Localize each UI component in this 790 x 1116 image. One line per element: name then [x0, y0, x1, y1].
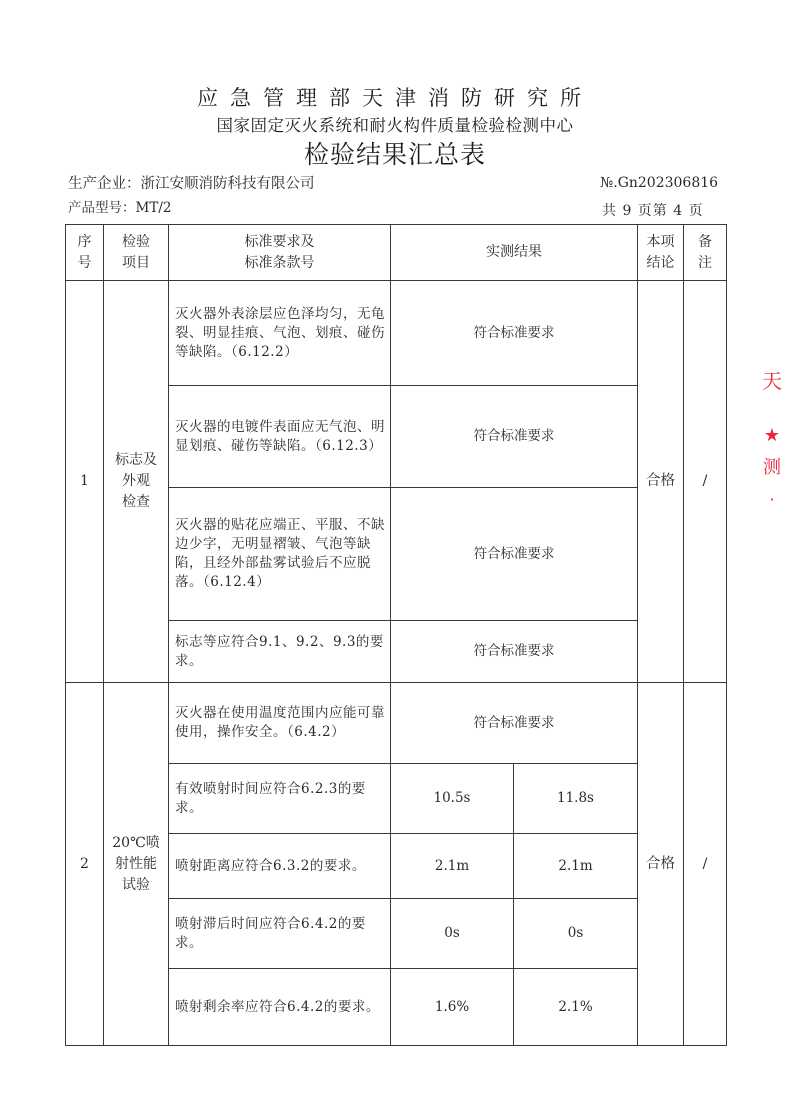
col-header-seq: 序号: [66, 225, 104, 281]
results-table: 序号 检验项目 标准要求及标准条款号 实测结果 本项结论 备注 1 标志及外观检…: [65, 224, 727, 1046]
seal-stamp-fragment: 天 ★ 测 ·: [757, 355, 787, 515]
requirement-cell: 灭火器在使用温度范围内应能可靠使用，操作安全。（6.4.2）: [169, 683, 391, 764]
manufacturer-label: 生产企业：: [68, 176, 141, 192]
result-cell-sample-1: 2.1m: [391, 834, 514, 899]
requirement-cell: 喷射剩余率应符合6.4.2的要求。: [169, 969, 391, 1046]
stamp-star-icon: ★: [757, 425, 787, 446]
item-cell: 20℃喷射性能试验: [104, 683, 169, 1046]
requirement-cell: 灭火器外表涂层应色泽均匀，无龟裂、明显挂痕、气泡、划痕、碰伤等缺陷。（6.12.…: [169, 281, 391, 386]
col-header-result: 实测结果: [391, 225, 638, 281]
model-label: 产品型号：: [68, 200, 136, 216]
note-cell: /: [684, 683, 727, 1046]
requirement-cell: 标志等应符合9.1、9.2、9.3的要求。: [169, 621, 391, 683]
center-title: 国家固定灭火系统和耐火构件质量检验检测中心: [0, 112, 790, 136]
requirement-cell: 灭火器的贴花应端正、平服、不缺边少字，无明显褶皱、气泡等缺陷，且经外部盐雾试验后…: [169, 488, 391, 621]
result-cell: 符合标准要求: [391, 488, 638, 621]
result-cell: 符合标准要求: [391, 621, 638, 683]
page-info: 共 9 页第 4 页: [602, 200, 704, 220]
table-row: 2 20℃喷射性能试验 灭火器在使用温度范围内应能可靠使用，操作安全。（6.4.…: [66, 683, 727, 764]
result-cell-sample-2: 0s: [514, 899, 638, 969]
note-cell: /: [684, 281, 727, 683]
col-header-note: 备注: [684, 225, 727, 281]
result-cell: 符合标准要求: [391, 683, 638, 764]
result-cell-sample-1: 10.5s: [391, 764, 514, 834]
table-row: 1 标志及外观检查 灭火器外表涂层应色泽均匀，无龟裂、明显挂痕、气泡、划痕、碰伤…: [66, 281, 727, 386]
result-cell: 符合标准要求: [391, 281, 638, 386]
col-header-requirement: 标准要求及标准条款号: [169, 225, 391, 281]
col-header-item: 检验项目: [104, 225, 169, 281]
document-title: 检验结果汇总表: [0, 135, 790, 171]
item-cell: 标志及外观检查: [104, 281, 169, 683]
report-number: №.Gn202306816: [600, 175, 718, 191]
stamp-char: ·: [757, 490, 787, 509]
result-cell-sample-2: 2.1m: [514, 834, 638, 899]
requirement-cell: 灭火器的电镀件表面应无气泡、明显划痕、碰伤等缺陷。（6.12.3）: [169, 386, 391, 488]
requirement-cell: 喷射滞后时间应符合6.4.2的要求。: [169, 899, 391, 969]
manufacturer-value: 浙江安顺消防科技有限公司: [141, 176, 315, 192]
institute-title: 应急管理部天津消防研究所: [0, 82, 790, 112]
stamp-char: 天: [757, 365, 787, 394]
col-header-conclusion: 本项结论: [638, 225, 684, 281]
requirement-cell: 有效喷射时间应符合6.2.3的要求。: [169, 764, 391, 834]
model-value: MT/2: [136, 200, 172, 216]
header-row: 序号 检验项目 标准要求及标准条款号 实测结果 本项结论 备注: [66, 225, 727, 281]
result-cell-sample-2: 11.8s: [514, 764, 638, 834]
seq-cell: 2: [66, 683, 104, 1046]
conclusion-cell: 合格: [638, 281, 684, 683]
seq-cell: 1: [66, 281, 104, 683]
stamp-char: 测: [757, 453, 787, 479]
manufacturer-line: 生产企业：浙江安顺消防科技有限公司: [68, 172, 315, 193]
conclusion-cell: 合格: [638, 683, 684, 1046]
result-cell: 符合标准要求: [391, 386, 638, 488]
model-line: 产品型号：MT/2: [68, 196, 171, 216]
result-cell-sample-1: 1.6%: [391, 969, 514, 1046]
result-cell-sample-2: 2.1%: [514, 969, 638, 1046]
result-cell-sample-1: 0s: [391, 899, 514, 969]
requirement-cell: 喷射距离应符合6.3.2的要求。: [169, 834, 391, 899]
